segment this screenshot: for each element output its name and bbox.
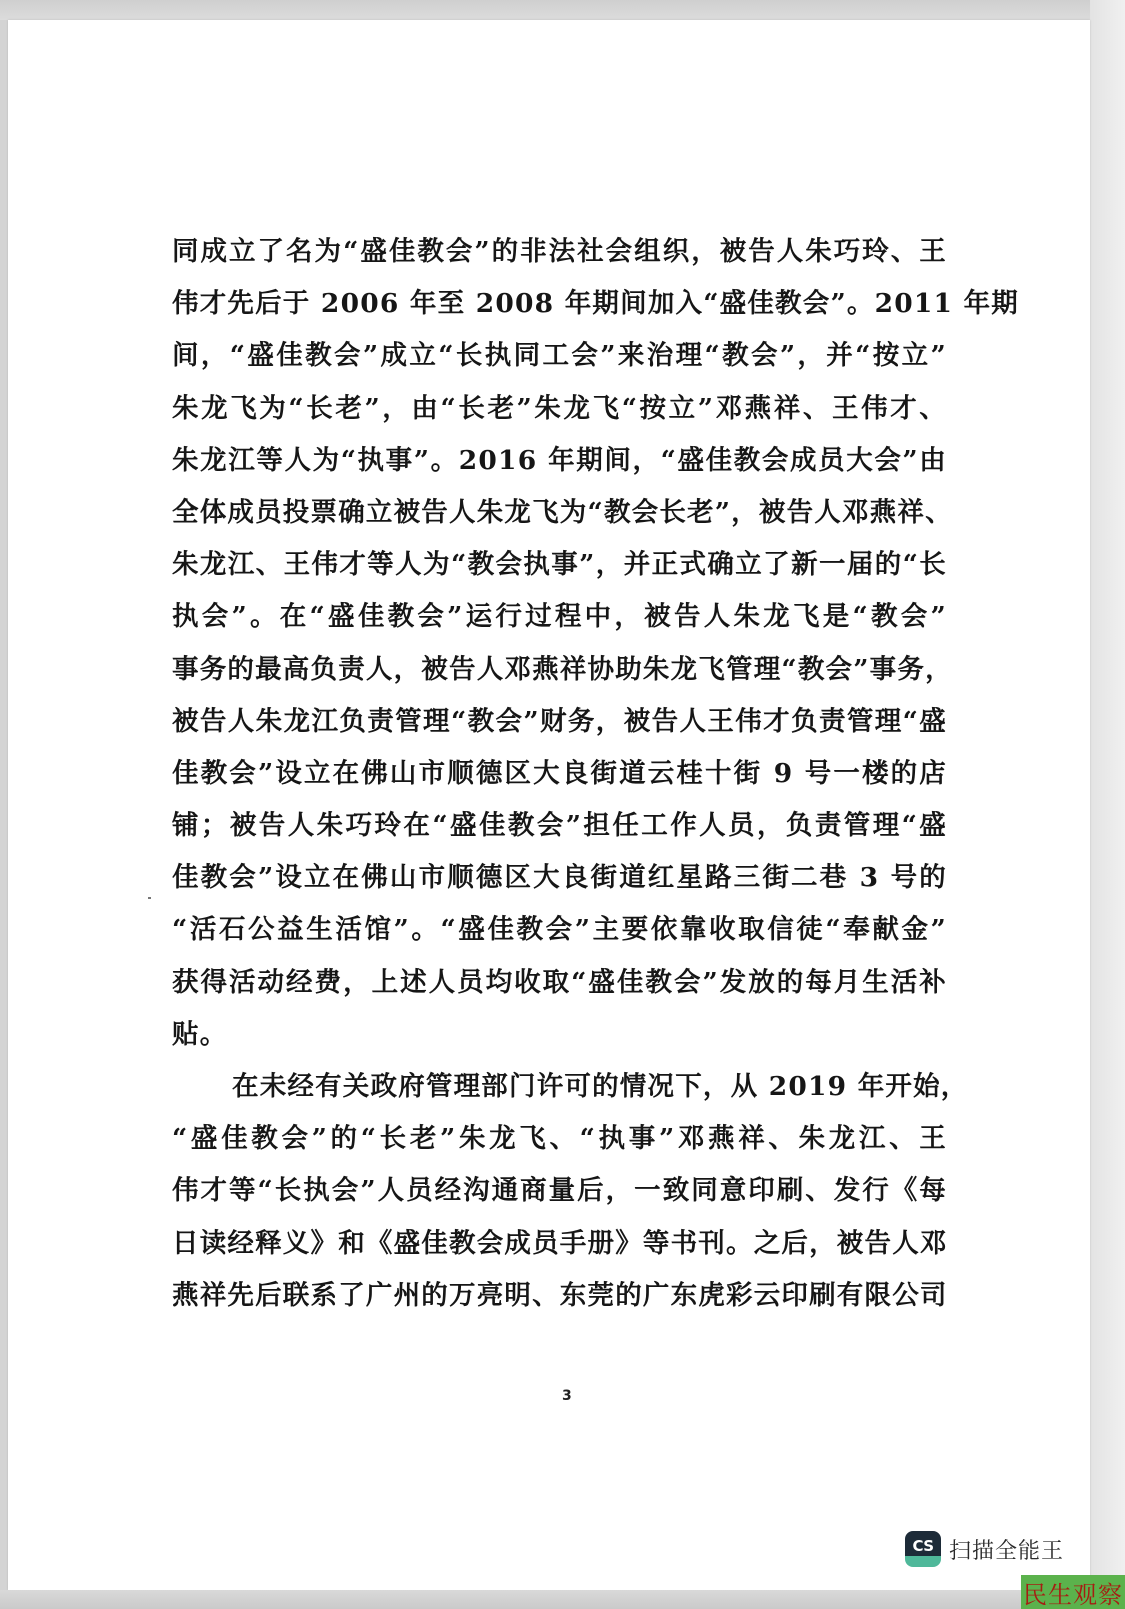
text-line: 佳教会”设立在佛山市顺德区大良街道红星路三街二巷 3 号的	[172, 852, 947, 904]
text-line: “活石公益生活馆”。“盛佳教会”主要依靠收取信徒“奉献金”	[172, 904, 947, 956]
page-number: 3	[562, 1388, 572, 1404]
text-line: 同成立了名为“盛佳教会”的非法社会组织，被告人朱巧玲、王	[172, 226, 947, 278]
scan-frame-bottom	[0, 1590, 1125, 1609]
text-line: 事务的最高负责人，被告人邓燕祥协助朱龙飞管理“教会”事务，	[172, 644, 947, 696]
camscanner-logo-icon: CS	[905, 1531, 941, 1567]
camscanner-watermark: CS 扫描全能王	[905, 1531, 1064, 1567]
scan-frame-right	[1090, 0, 1125, 1609]
camscanner-app-name: 扫描全能王	[949, 1534, 1064, 1565]
text-line: 燕祥先后联系了广州的万亮明、东莞的广东虎彩云印刷有限公司	[172, 1270, 947, 1322]
text-line: 获得活动经费，上述人员均收取“盛佳教会”发放的每月生活补	[172, 957, 947, 1009]
text-line: 日读经释义》和《盛佳教会成员手册》等书刊。之后，被告人邓	[172, 1218, 947, 1270]
source-badge: 民生观察	[1021, 1575, 1125, 1609]
text-line: 贴。	[172, 1009, 947, 1061]
text-line: 朱龙飞为“长老”，由“长老”朱龙飞“按立”邓燕祥、王伟才、	[172, 383, 947, 435]
text-line: “盛佳教会”的“长老”朱龙飞、“执事”邓燕祥、朱龙江、王	[172, 1113, 947, 1165]
text-line: 铺；被告人朱巧玲在“盛佳教会”担任工作人员，负责管理“盛	[172, 800, 947, 852]
text-line: 伟才先后于 2006 年至 2008 年期间加入“盛佳教会”。2011 年期	[172, 278, 947, 330]
text-line: 伟才等“长执会”人员经沟通商量后，一致同意印刷、发行《每	[172, 1165, 947, 1217]
text-line: 朱龙江等人为“执事”。2016 年期间，“盛佳教会成员大会”由	[172, 435, 947, 487]
document-body: 同成立了名为“盛佳教会”的非法社会组织，被告人朱巧玲、王 伟才先后于 2006 …	[172, 226, 947, 1322]
text-line: 间，“盛佳教会”成立“长执同工会”来治理“教会”，并“按立”	[172, 330, 947, 382]
text-line: 执会”。在“盛佳教会”运行过程中，被告人朱龙飞是“教会”	[172, 591, 947, 643]
scan-artifact	[148, 897, 151, 899]
paragraph-start-line: 在未经有关政府管理部门许可的情况下，从 2019 年开始，	[172, 1061, 947, 1113]
text-line: 被告人朱龙江负责管理“教会”财务，被告人王伟才负责管理“盛	[172, 696, 947, 748]
text-line: 佳教会”设立在佛山市顺德区大良街道云桂十街 9 号一楼的店	[172, 748, 947, 800]
text-line: 朱龙江、王伟才等人为“教会执事”，并正式确立了新一届的“长	[172, 539, 947, 591]
scan-frame-top	[0, 0, 1125, 20]
text-line: 全体成员投票确立被告人朱龙飞为“教会长老”，被告人邓燕祥、	[172, 487, 947, 539]
